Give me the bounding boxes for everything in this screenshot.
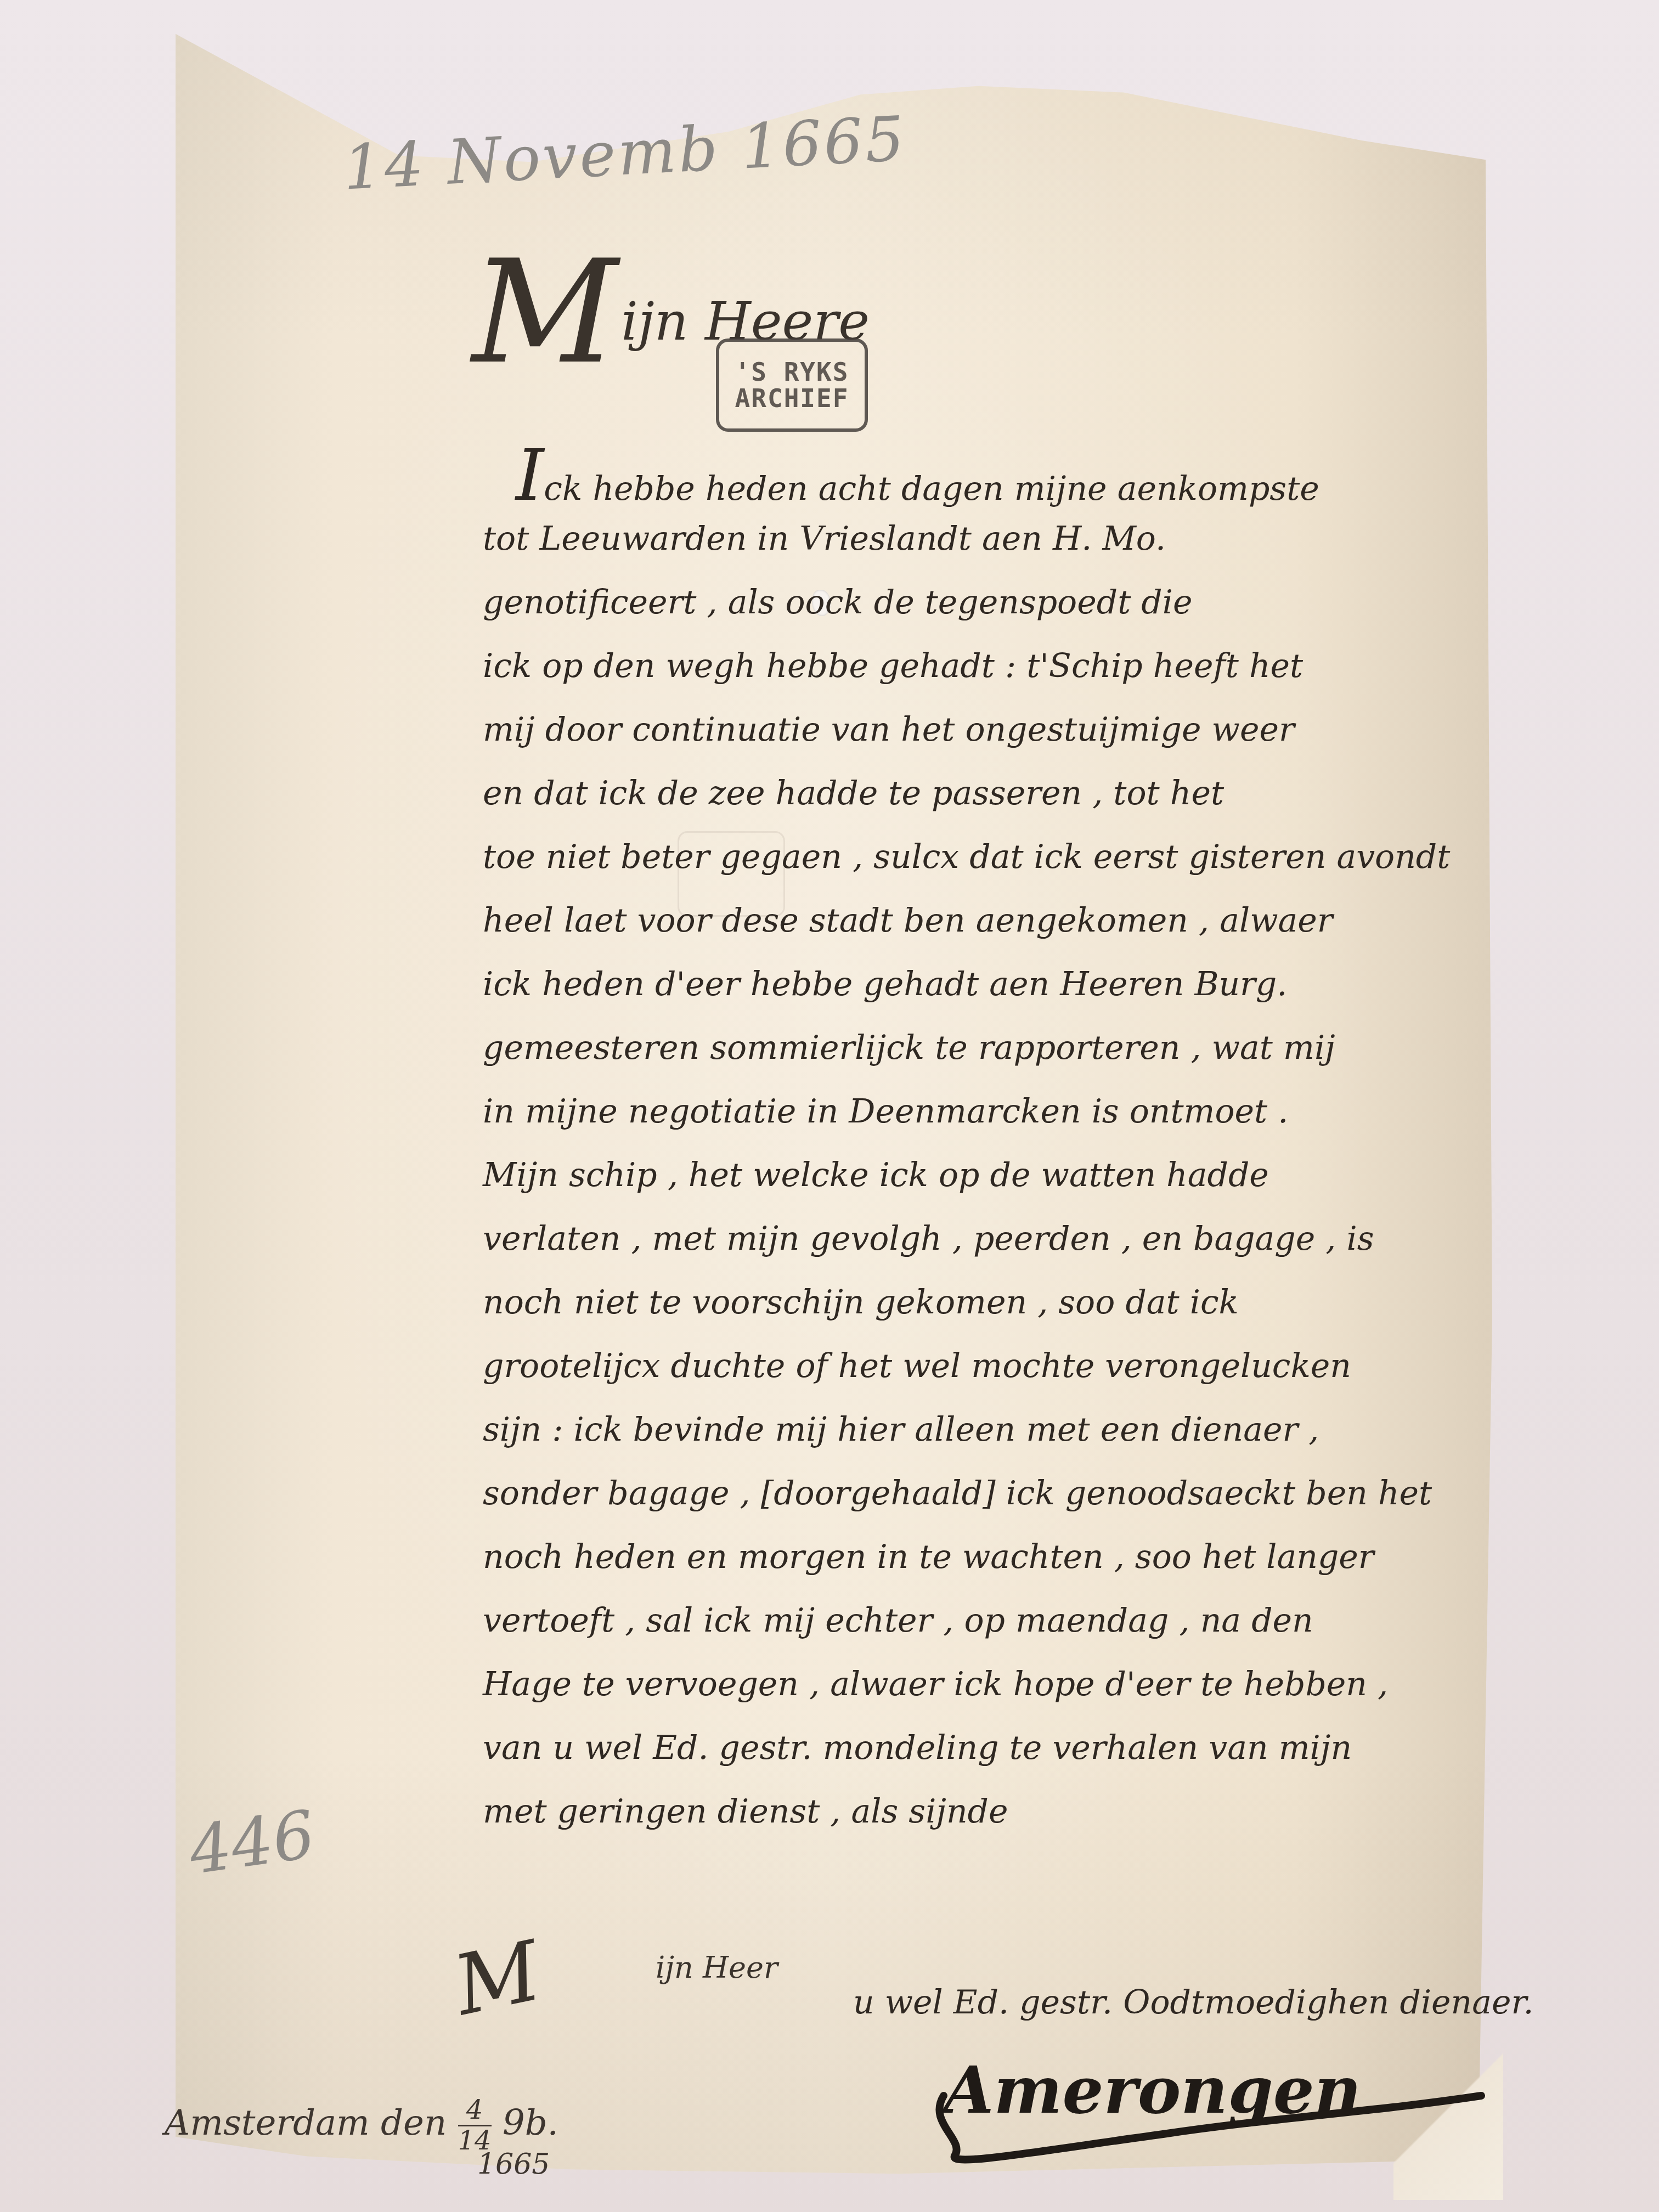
body-line: met geringen dienst , als sijnde (483, 1780, 1481, 1843)
body-line: in mijne negotiatie in Deenmarcken is on… (483, 1080, 1481, 1143)
body-line: sonder bagage , [doorgehaald] ick genood… (483, 1462, 1481, 1525)
letter-body: Ick hebbe heden acht dagen mijne aenkomp… (483, 443, 1481, 1843)
archive-stamp: 'S RYKS ARCHIEF (716, 338, 868, 432)
body-line: ick heden d'eer hebbe gehadt aen Heeren … (483, 952, 1481, 1016)
body-line: verlaten , met mijn gevolgh , peerden , … (483, 1207, 1481, 1271)
body-line: grootelijcx duchte of het wel mochte ver… (483, 1334, 1481, 1398)
body-line: Ick hebbe heden acht dagen mijne aenkomp… (483, 443, 1481, 507)
place-name: Amsterdam (165, 2103, 370, 2143)
body-line: ick op den wegh hebbe gehadt : t'Schip h… (483, 634, 1481, 698)
body-line: van u wel Ed. gestr. mondeling te verhal… (483, 1716, 1481, 1780)
body-line: noch heden en morgen in te wachten , soo… (483, 1525, 1481, 1589)
body-line: toe niet beter gegaen , sulcx dat ick ee… (483, 825, 1481, 889)
body-line: Mijn schip , het welcke ick op de watten… (483, 1143, 1481, 1207)
subscription-line: u wel Ed. gestr. Oodtmoedighen dienaer. (853, 1983, 1534, 2022)
body-line: noch niet te voorschijn gekomen , soo da… (483, 1271, 1481, 1334)
body-line: sijn : ick bevinde mij hier alleen met e… (483, 1398, 1481, 1462)
salutation-initial: M (472, 230, 618, 396)
stamp-line-1: 'S RYKS (735, 359, 849, 385)
date-fraction: 4 14 (458, 2096, 492, 2155)
body-line: en dat ick de zee hadde te passeren , to… (483, 761, 1481, 825)
date-year: 1665 (477, 2148, 550, 2181)
signature-flourish-icon (933, 2074, 1503, 2167)
body-line: mij door continuatie van het ongestuijmi… (483, 698, 1481, 761)
body-line: genotificeert , als oock de tegenspoedt … (483, 571, 1481, 634)
date-month: 9b. (503, 2103, 558, 2143)
body-line: gemeesteren sommierlijck te rapporteren … (483, 1016, 1481, 1080)
stamp-line-2: ARCHIEF (735, 385, 849, 411)
body-line: vertoeft , sal ick mij echter , op maend… (483, 1589, 1481, 1652)
body-line: tot Leeuwarden in Vrieslandt aen H. Mo. (483, 507, 1481, 571)
body-line: heel laet voor dese stadt ben aengekomen… (483, 889, 1481, 952)
date-prefix: den (381, 2103, 447, 2143)
closing-word: ijn Heer (656, 1950, 778, 1985)
place-and-date: Amsterdam den 4 14 9b. 1665 (165, 2096, 558, 2155)
date-old-style: 4 (458, 2096, 492, 2126)
body-line: Hage te vervoegen , alwaer ick hope d'ee… (483, 1652, 1481, 1716)
